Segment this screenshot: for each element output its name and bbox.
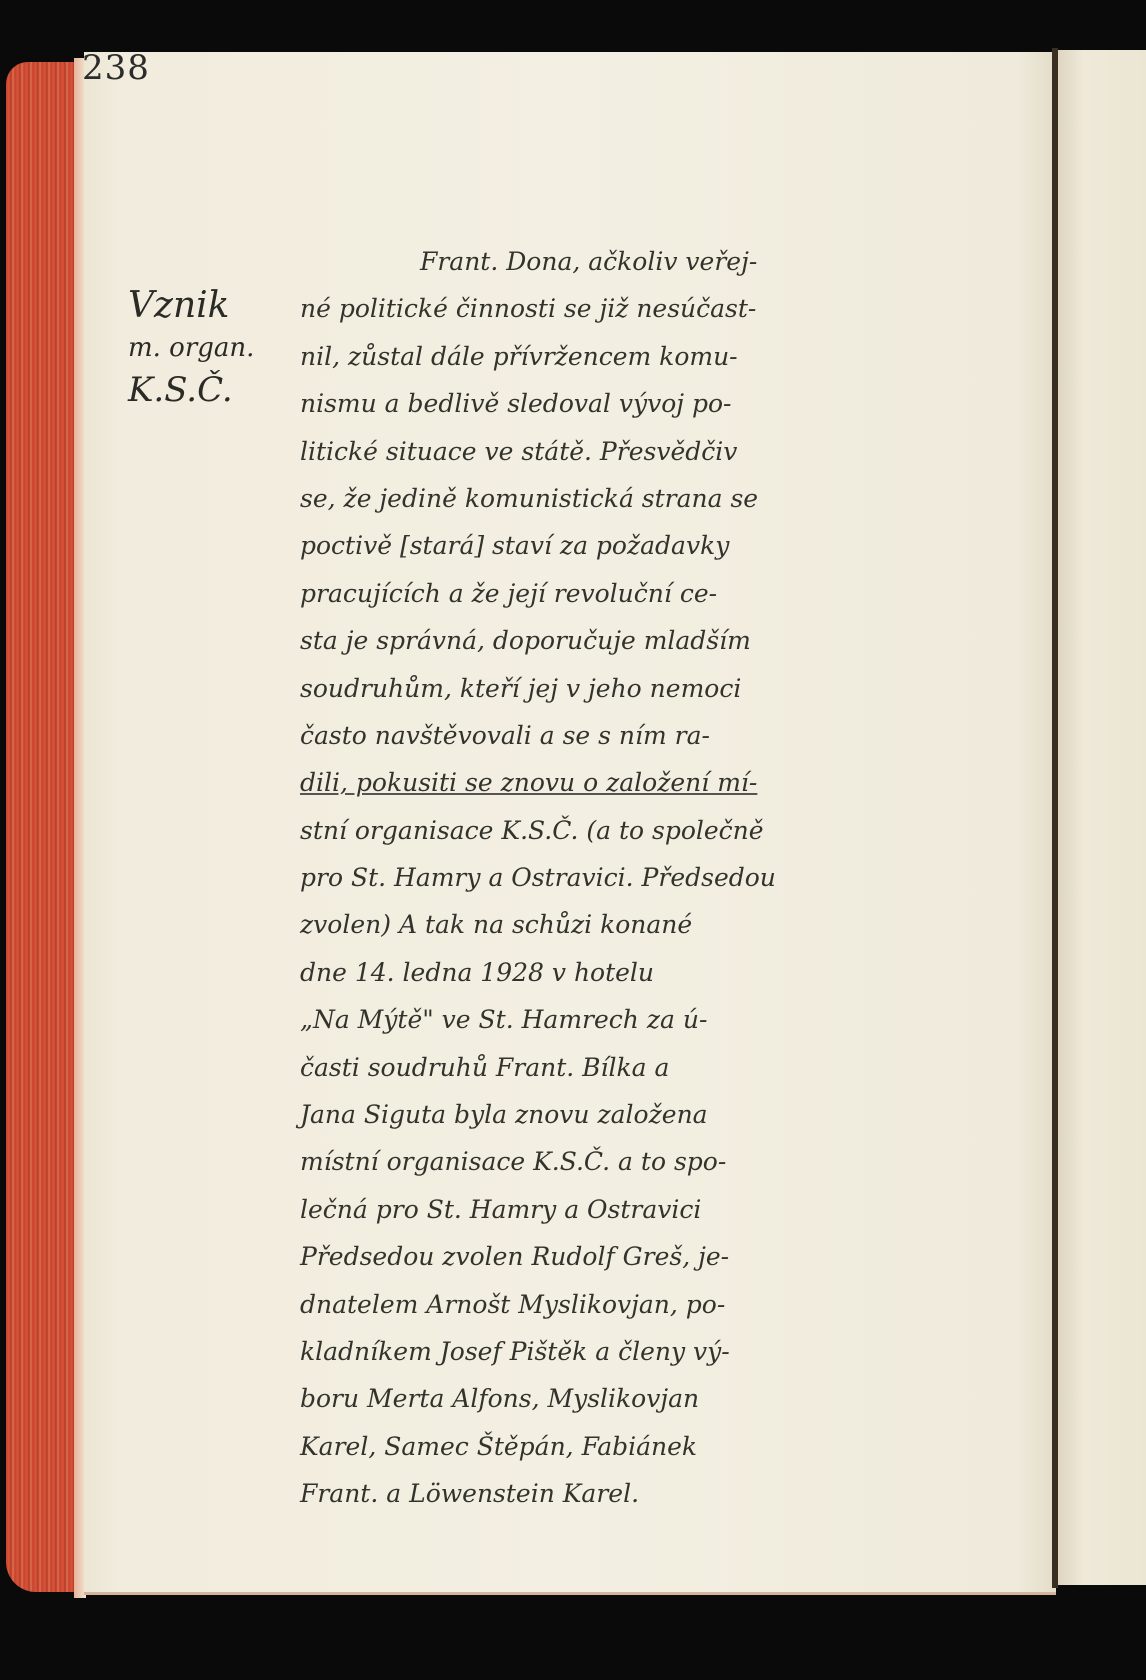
text-line: lečná pro St. Hamry a Ostravici [300, 1186, 980, 1233]
text-line: Jana Siguta byla znovu založena [300, 1091, 980, 1138]
text-line: stní organisace K.S.Č. (a to společně [300, 807, 980, 854]
text-line: nil, zůstal dále přívržencem komu- [300, 333, 980, 380]
facing-page [1058, 50, 1146, 1585]
page-number: 238 [82, 48, 150, 88]
text-line: poctivě [stará] staví za požadavky [300, 522, 980, 569]
text-line: často navštěvovali a se s ním ra- [300, 712, 980, 759]
text-line: pro St. Hamry a Ostravici. Předsedou [300, 854, 980, 901]
text-line: pracujících a že její revoluční ce- [300, 570, 980, 617]
text-line: nismu a bedlivě sledoval vývoj po- [300, 380, 980, 427]
text-line: soudruhům, kteří jej v jeho nemoci [300, 665, 980, 712]
text-line: časti soudruhů Frant. Bílka a [300, 1044, 980, 1091]
text-line: Frant. a Löwenstein Karel. [300, 1470, 980, 1517]
text-line: kladníkem Josef Pištěk a členy vý- [300, 1328, 980, 1375]
text-line: dne 14. ledna 1928 v hotelu [300, 949, 980, 996]
text-line: Karel, Samec Štěpán, Fabiánek [300, 1423, 980, 1470]
margin-note: Vznik m. organ. K.S.Č. [128, 285, 288, 411]
text-line: boru Merta Alfons, Myslikovjan [300, 1375, 980, 1422]
text-line: Frant. Dona, ačkoliv veřej- [300, 238, 980, 285]
text-line: dnatelem Arnošt Myslikovjan, po- [300, 1281, 980, 1328]
handwritten-body: Frant. Dona, ačkoliv veřej- né politické… [300, 238, 980, 1518]
text-line: sta je správná, doporučuje mladším [300, 617, 980, 664]
text-line: litické situace ve státě. Přesvědčiv [300, 428, 980, 475]
margin-note-line: Vznik [128, 285, 288, 327]
margin-note-line: K.S.Č. [128, 369, 288, 411]
text-line: Předsedou zvolen Rudolf Greš, je- [300, 1233, 980, 1280]
text-line: se, že jedině komunistická strana se [300, 475, 980, 522]
text-line: né politické činnosti se již nesúčast- [300, 285, 980, 332]
margin-note-line: m. organ. [128, 327, 288, 369]
text-line: místní organisace K.S.Č. a to spo- [300, 1138, 980, 1185]
text-line: „Na Mýtě" ve St. Hamrech za ú- [300, 996, 980, 1043]
text-line: zvolen) A tak na schůzi konané [300, 901, 980, 948]
text-line-underlined: dili, pokusiti se znovu o založení mí- [300, 759, 980, 806]
